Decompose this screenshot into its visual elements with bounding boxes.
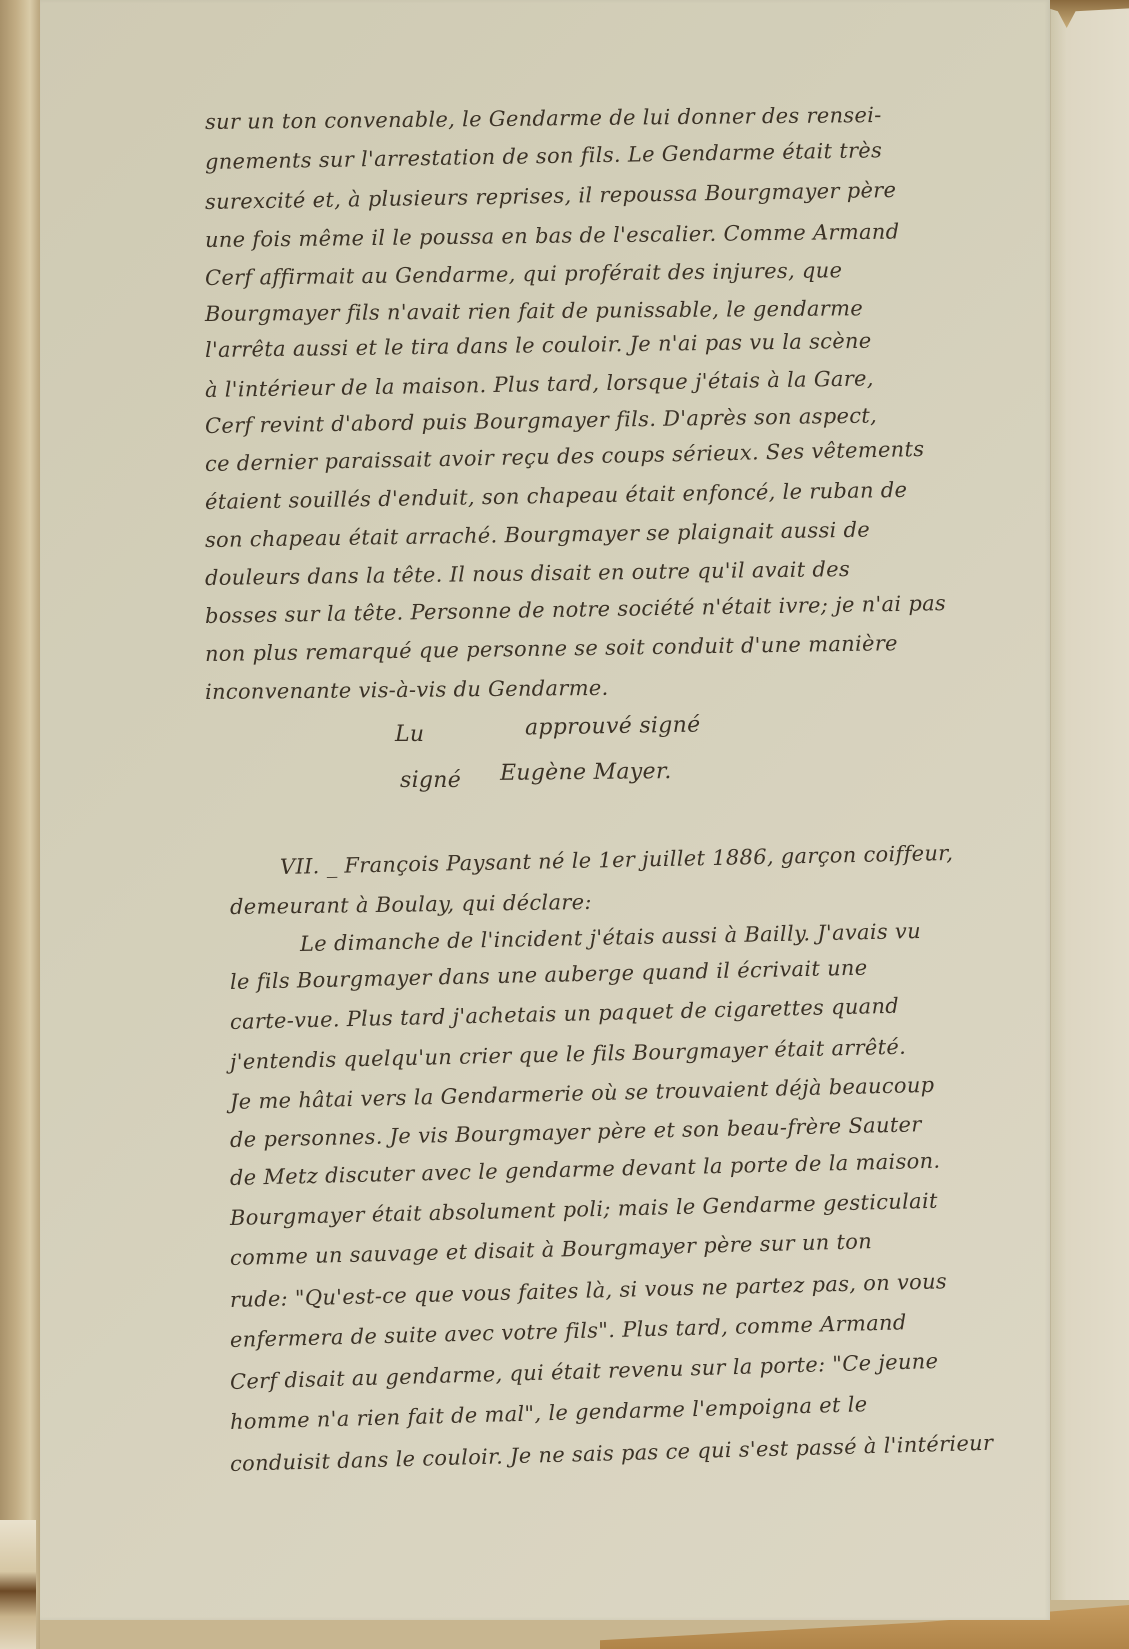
signature-approuve-signe: approuvé signé <box>525 712 701 740</box>
text-line: Bourgmayer fils n'avait rien fait de pun… <box>205 296 863 326</box>
torn-binding-stain <box>0 1520 36 1649</box>
text-line: de Metz discuter avec le gendarme devant… <box>230 1149 941 1190</box>
section-vii-heading-cont: demeurant à Boulay, qui déclare: <box>230 890 592 919</box>
text-line: conduisit dans le couloir. Je ne sais pa… <box>230 1431 994 1476</box>
text-line: inconvenante vis-à-vis du Gendarme. <box>205 676 609 704</box>
signature-lu: Lu <box>395 722 424 747</box>
text-line: son chapeau était arraché. Bourgmayer se… <box>205 518 870 552</box>
text-line: à l'intérieur de la maison. Plus tard, l… <box>205 366 874 402</box>
text-line: bosses sur la tête. Personne de notre so… <box>205 591 946 628</box>
text-line: sur un ton convenable, le Gendarme de lu… <box>205 103 882 134</box>
text-line: douleurs dans la tête. Il nous disait en… <box>205 557 850 590</box>
text-line: enfermera de suite avec votre fils". Plu… <box>230 1310 907 1352</box>
scanned-page: sur un ton convenable, le Gendarme de lu… <box>0 0 1129 1649</box>
text-line: homme n'a rien fait de mal", le gendarme… <box>230 1392 868 1434</box>
text-line: le fils Bourgmayer dans une auberge quan… <box>230 956 868 994</box>
text-line: non plus remarqué que personne se soit c… <box>205 631 898 666</box>
text-line: surexcité et, à plusieurs reprises, il r… <box>205 178 897 214</box>
text-line: Bourgmayer était absolument poli; mais l… <box>230 1189 938 1230</box>
text-line: une fois même il le poussa en bas de l'e… <box>205 220 900 252</box>
text-line: Cerf affirmait au Gendarme, qui proférai… <box>205 258 843 290</box>
text-line: gnements sur l'arrestation de son fils. … <box>205 138 883 174</box>
section-vii-heading: VII. _ François Paysant né le 1er juille… <box>280 841 954 879</box>
text-line: Cerf disait au gendarme, qui était reven… <box>230 1349 939 1394</box>
text-line: ce dernier paraissait avoir reçu des cou… <box>205 437 925 476</box>
handwritten-text: sur un ton convenable, le Gendarme de lu… <box>40 0 1050 1620</box>
signature-name: Eugène Mayer. <box>500 759 672 786</box>
manuscript-page: sur un ton convenable, le Gendarme de lu… <box>40 0 1050 1620</box>
text-line: Le dimanche de l'incident j'étais aussi … <box>300 919 921 956</box>
text-line: Je me hâtai vers la Gendarmerie où se tr… <box>230 1073 935 1114</box>
text-line: Cerf revint d'abord puis Bourgmayer fils… <box>205 403 877 438</box>
text-line: carte-vue. Plus tard j'achetais un paque… <box>230 994 900 1034</box>
text-line: j'entendis quelqu'un crier que le fils B… <box>230 1035 907 1074</box>
text-line: de personnes. Je vis Bourgmayer père et … <box>230 1112 922 1152</box>
text-line: comme un sauvage et disait à Bourgmayer … <box>230 1229 873 1270</box>
text-line: l'arrêta aussi et le tira dans le couloi… <box>205 329 872 362</box>
signature-signe: signé <box>400 768 461 793</box>
text-line: rude: "Qu'est-ce que vous faites là, si … <box>230 1269 948 1312</box>
text-line: étaient souillés d'enduit, son chapeau é… <box>205 478 908 514</box>
page-fold-right <box>1050 0 1129 1600</box>
left-binding-edge <box>0 0 40 1649</box>
